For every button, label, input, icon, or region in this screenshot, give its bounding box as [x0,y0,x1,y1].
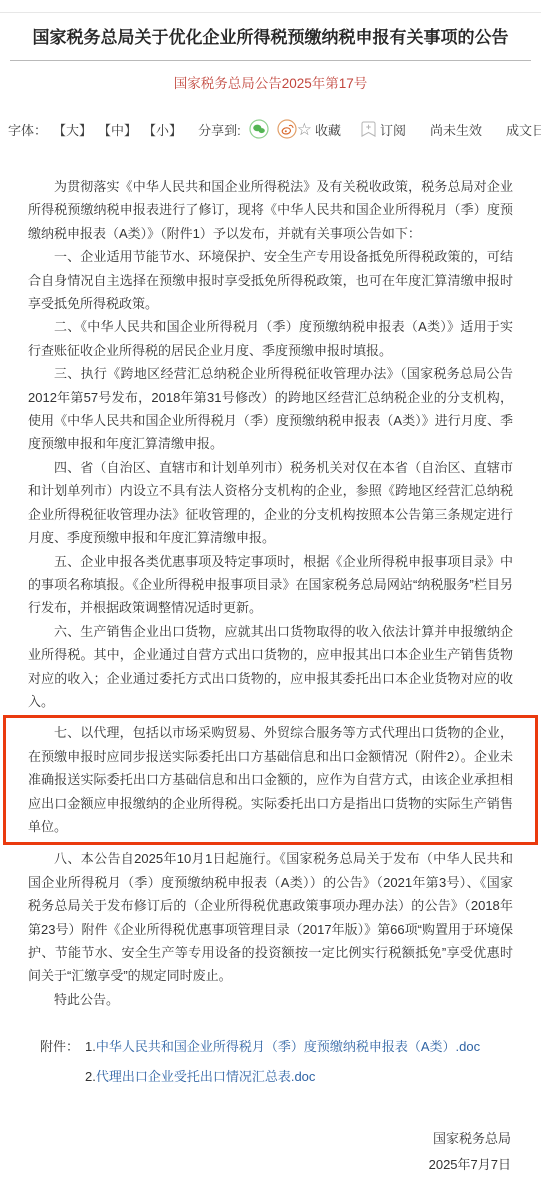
attachment-number: 1. [85,1039,96,1054]
signature: 国家税务总局 [30,1126,511,1152]
page-title: 国家税务总局关于优化企业所得税预缴纳税申报有关事项的公告 [28,25,513,50]
announcement-page: 国家税务总局关于优化企业所得税预缴纳税申报有关事项的公告 国家税务总局公告202… [0,0,541,1178]
article-paragraph: 为贯彻落实《中华人民共和国企业所得税法》及有关税收政策，税务总局对企业所得税预缴… [28,175,513,245]
top-divider [0,0,541,13]
wechat-share-icon[interactable] [249,119,269,139]
highlighted-paragraph: 七、以代理，包括以市场采购贸易、外贸综合服务等方式代理出口货物的企业，在预缴申报… [28,721,513,838]
title-divider [10,60,531,61]
attachment-link-1[interactable]: 中华人民共和国企业所得税月（季）度预缴纳税申报表（A类）.doc [96,1039,480,1054]
attachment-link-2[interactable]: 代理出口企业受托出口情况汇总表.doc [96,1069,316,1084]
article-paragraph: 一、企业适用节能节水、环境保护、安全生产专用设备抵免所得税政策的，可结合自身情况… [28,245,513,315]
doc-number: 国家税务总局公告2025年第17号 [0,72,541,92]
share-label: 分享到: [198,120,241,139]
attachments-label: 附件： [40,1032,85,1062]
attachment-row: 附件： 1.中华人民共和国企业所得税月（季）度预缴纳税申报表（A类）.doc [28,1032,513,1062]
article-paragraph: 五、企业申报各类优惠事项及特定事项时，根据《企业所得税申报事项目录》中的事项名称… [28,550,513,620]
subscribe-button[interactable]: 订阅 [361,120,406,139]
attachment-row: 2.代理出口企业受托出口情况汇总表.doc [28,1062,513,1092]
article-paragraph: 四、省（自治区、直辖市和计划单列市）税务机关对仅在本省（自治区、直辖市和计划单列… [28,456,513,550]
article-body: 为贯彻落实《中华人民共和国企业所得税法》及有关税收政策，税务总局对企业所得税预缴… [28,175,513,1092]
article-paragraph: 二、《中华人民共和国企业所得税月（季）度预缴纳税申报表（A类）》适用于实行查账征… [28,315,513,362]
star-icon: ☆ [297,121,312,138]
article-paragraph: 三、执行《跨地区经营汇总纳税企业所得税征收管理办法》（国家税务总局公告2012年… [28,362,513,456]
font-small-button[interactable]: 【小】 [143,120,182,139]
font-size-label: 字体： [8,120,47,139]
signature-date: 2025年7月7日 [30,1152,511,1178]
issue-date: 成文日期： 2025-07-07 [506,120,541,139]
issue-date-label: 成文日期： [506,120,541,139]
status-text: 尚未生效 [430,120,482,139]
closing-line: 特此公告。 [28,988,513,1011]
signature-block: 国家税务总局 2025年7月7日 [30,1126,511,1178]
attachment-number: 2. [85,1069,96,1084]
toolbar: 字体： 【大】 【中】 【小】 分享到: ☆ 收藏 [8,119,531,139]
attachments-block: 附件： 1.中华人民共和国企业所得税月（季）度预缴纳税申报表（A类）.doc 2… [28,1032,513,1092]
font-large-button[interactable]: 【大】 [53,120,92,139]
font-medium-button[interactable]: 【中】 [98,120,137,139]
favorite-button[interactable]: ☆ 收藏 [297,120,341,139]
weibo-share-icon[interactable] [277,119,297,139]
article-paragraph: 六、生产销售企业出口货物，应就其出口货物取得的收入依法计算并申报缴纳企业所得税。… [28,620,513,714]
subscribe-label: 订阅 [380,120,406,139]
bookmark-plus-icon [361,121,376,137]
article-paragraph: 八、本公告自2025年10月1日起施行。《国家税务总局关于发布（中华人民共和国企… [28,847,513,987]
favorite-label: 收藏 [315,120,341,139]
highlight-box: 七、以代理，包括以市场采购贸易、外贸综合服务等方式代理出口货物的企业，在预缴申报… [3,715,538,845]
